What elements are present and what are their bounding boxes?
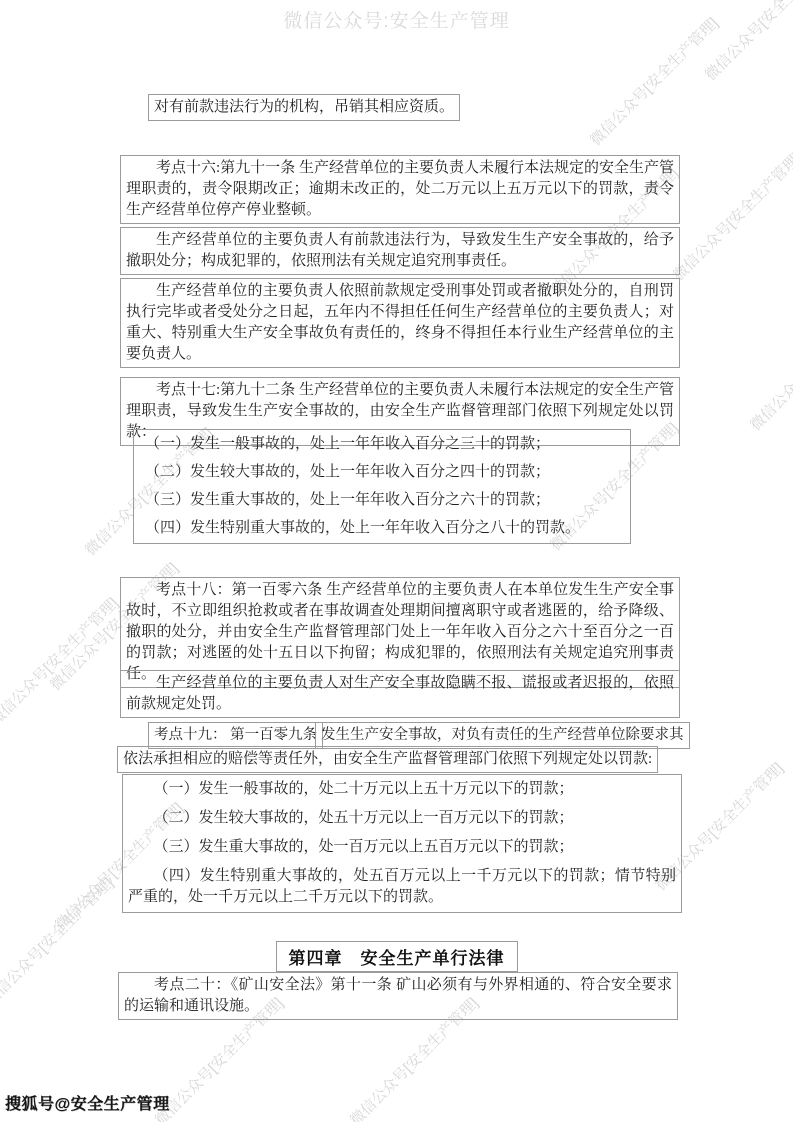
diagonal-watermark: 微信公众号[安全生产管理] (668, 147, 793, 284)
label-box-kp19: 考点十九： 第一百零九条 (148, 722, 323, 749)
paragraph-text: 发生生产安全事故，对负有责任的生产经营单位除要求其 (321, 725, 684, 746)
list-box-kp19: （一）发生一般事故的，处二十万元以上五十万元以下的罚款； （二）发生较大事故的，… (122, 774, 682, 913)
lead-box-kp19-line1: 发生生产安全事故，对负有责任的生产经营单位除要求其 (315, 722, 690, 749)
diagonal-watermark: 微信公众号[安全生产管理] (0, 592, 122, 729)
paragraph-box-kp16-para3: 生产经营单位的主要负责人依照前款规定受刑事处罚或者撤职处分的，自刑罚执行完毕或者… (120, 278, 680, 368)
footer-logo: 搜狐号@安全生产管理 (5, 1091, 170, 1114)
top-watermark: 微信公众号:安全生产管理 (0, 6, 793, 33)
list-item: （三）发生重大事故的，处上一年年收入百分之六十的罚款； (139, 490, 625, 511)
paragraph-box-intro: 对有前款违法行为的机构，吊销其相应资质。 (148, 94, 460, 121)
list-item: （三）发生重大事故的，处一百万元以上五百万元以下的罚款； (128, 837, 676, 858)
paragraph-text: 生产经营单位的主要负责人对生产安全事故隐瞒不报、谎报或者迟报的，依照前款规定处罚… (126, 673, 674, 715)
paragraph-text: 对有前款违法行为的机构，吊销其相应资质。 (154, 97, 454, 118)
paragraph-text: 生产经营单位的主要负责人有前款违法行为，导致发生生产安全事故的，给予撤职处分；构… (126, 230, 674, 272)
paragraph-box-kp16: 考点十六:第九十一条 生产经营单位的主要负责人未履行本法规定的安全生产管理职责的… (120, 155, 680, 224)
diagonal-watermark: 微信公众号[安全生产管理] (585, 12, 722, 149)
chapter-heading: 第四章 安全生产单行法律 (276, 941, 518, 972)
list-item: （一）发生一般事故的，处上一年年收入百分之三十的罚款； (139, 434, 625, 455)
paragraph-text: 考点十六:第九十一条 生产经营单位的主要负责人未履行本法规定的安全生产管理职责的… (126, 158, 674, 221)
list-item: （二）发生较大事故的，处上一年年收入百分之四十的罚款； (139, 462, 625, 483)
paragraph-box-kp18-para2: 生产经营单位的主要负责人对生产安全事故隐瞒不报、谎报或者迟报的，依照前款规定处罚… (120, 670, 680, 718)
lead-box-kp19-line2: 依法承担相应的赔偿等责任外，由安全生产监督管理部门依照下列规定处以罚款: (117, 746, 658, 773)
paragraph-box-kp16-para2: 生产经营单位的主要负责人有前款违法行为，导致发生生产安全事故的，给予撤职处分；构… (120, 227, 680, 275)
diagonal-watermark: 微信公众号[安全生产管理] (0, 872, 117, 1009)
list-box-kp17: （一）发生一般事故的，处上一年年收入百分之三十的罚款； （二）发生较大事故的，处… (133, 429, 631, 544)
document-page: 微信公众号:安全生产管理 微信公众号[安全生产管理] 微信公众号[安全生产管理]… (0, 0, 793, 1122)
paragraph-box-kp20: 考点二十：《矿山安全法》第十一条 矿山必须有与外界相通的、符合安全要求的运输和通… (118, 972, 678, 1020)
list-item: （二）发生较大事故的，处五十万元以上一百万元以下的罚款； (128, 808, 676, 829)
list-item: （四）发生特别重大事故的，处上一年年收入百分之八十的罚款。 (139, 518, 625, 539)
paragraph-text: 生产经营单位的主要负责人依照前款规定受刑事处罚或者撤职处分的，自刑罚执行完毕或者… (126, 281, 674, 365)
list-item: （一）发生一般事故的，处二十万元以上五十万元以下的罚款； (128, 779, 676, 800)
list-item: （四）发生特别重大事故的，处五百万元以上一千万元以下的罚款；情节特别严重的，处一… (128, 866, 676, 908)
kp19-label: 考点十九： 第一百零九条 (154, 725, 317, 746)
paragraph-text: 考点二十：《矿山安全法》第十一条 矿山必须有与外界相通的、符合安全要求的运输和通… (124, 975, 672, 1017)
diagonal-watermark: 微信公众号[安全生产管理] (745, 297, 793, 434)
paragraph-text: 依法承担相应的赔偿等责任外，由安全生产监督管理部门依照下列规定处以罚款: (123, 749, 652, 770)
